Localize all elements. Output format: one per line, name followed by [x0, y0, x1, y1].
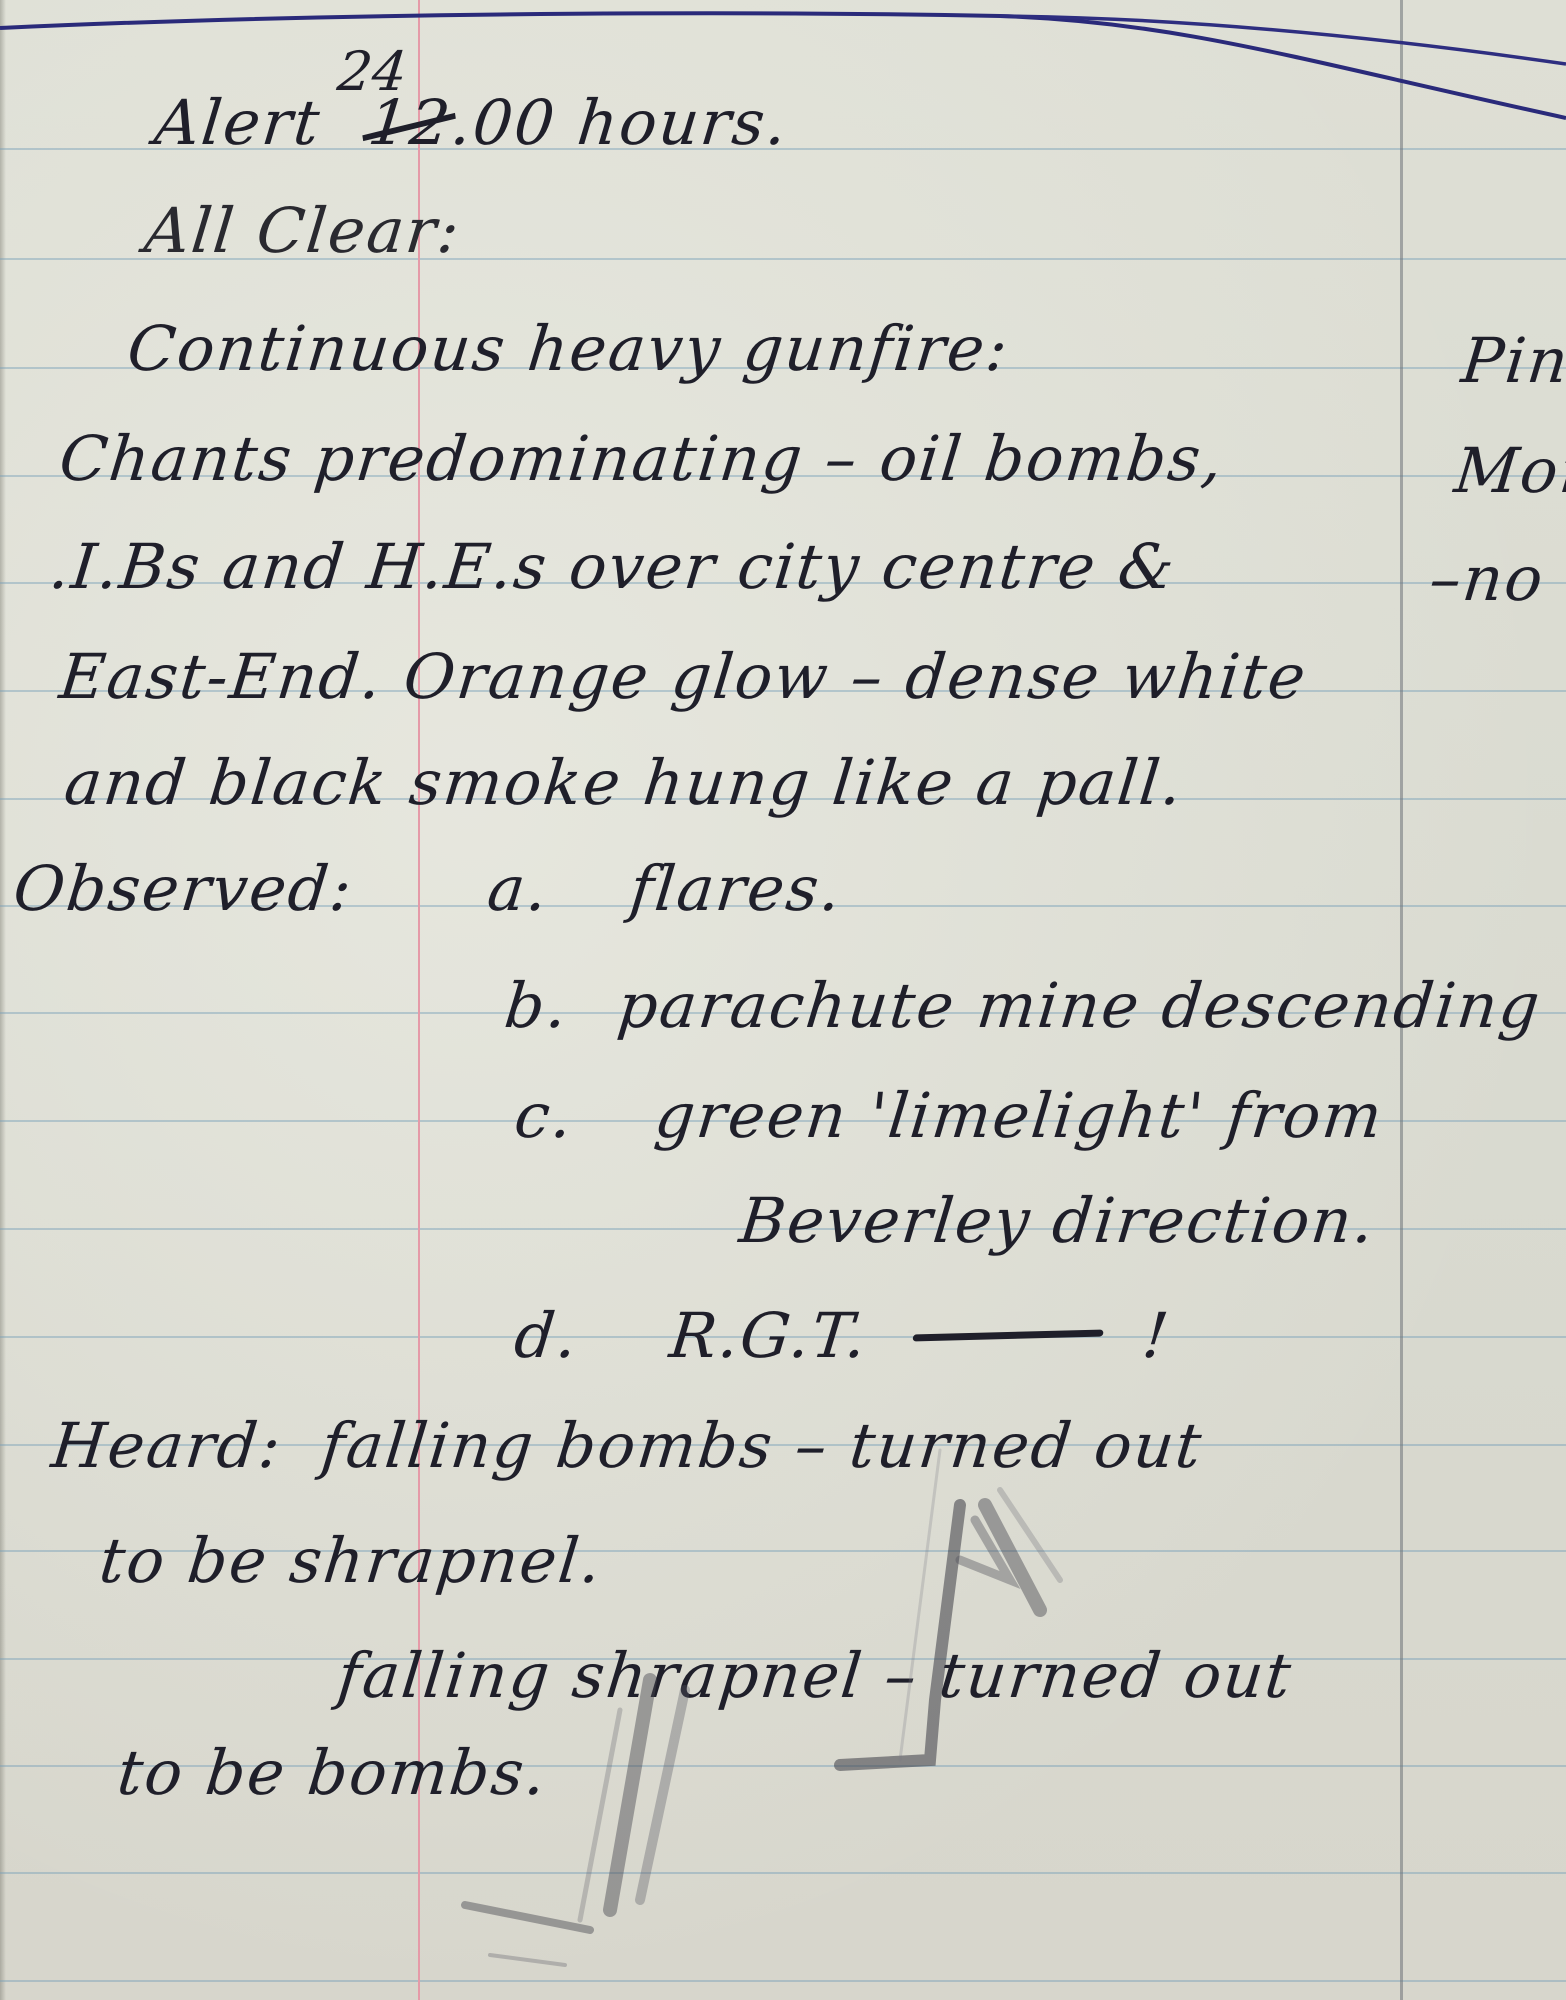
- diary-page: 24 Alert 12.00 hours. All Clear: Continu…: [0, 0, 1566, 2000]
- ink-smudge-marks: [0, 0, 1566, 2000]
